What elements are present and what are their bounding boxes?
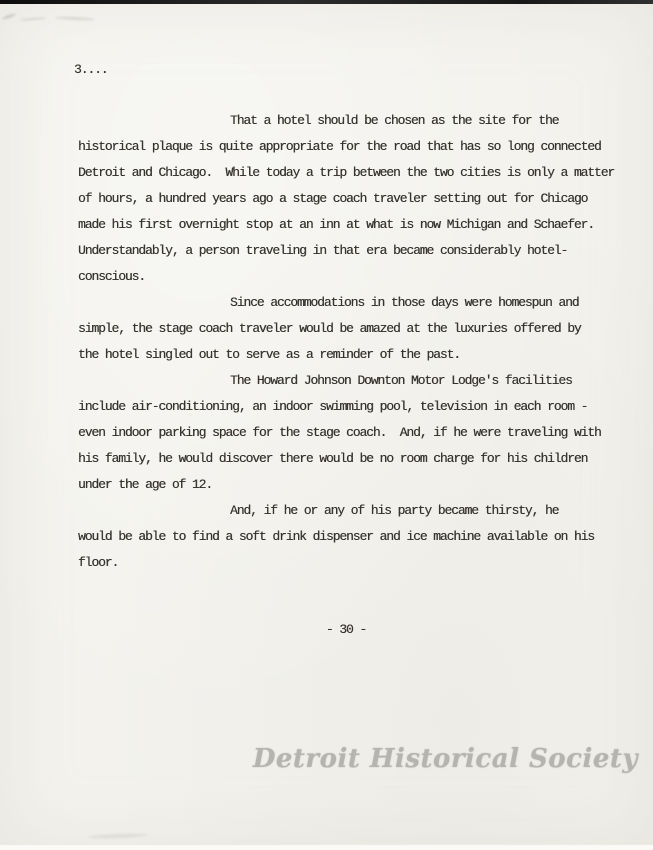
text-line: the hotel singled out to serve as a remi… (78, 344, 626, 370)
text-line: made his first overnight stop at an inn … (78, 214, 626, 240)
text-line: Understandably, a person traveling in th… (78, 240, 626, 266)
text-line: under the age of 12. (78, 474, 626, 500)
scan-top-edge-bar (0, 0, 653, 4)
pencil-smudge (20, 17, 46, 21)
detroit-historical-society-watermark: Detroit Historical Society (253, 744, 638, 774)
text-line: Since accommodations in those days were … (78, 292, 626, 318)
typewritten-body: That a hotel should be chosen as the sit… (78, 110, 626, 578)
text-line: simple, the stage coach traveler would b… (78, 318, 626, 344)
end-of-release-mark: - 30 - (78, 622, 614, 637)
pencil-smudge (88, 833, 148, 839)
page-number-marker: 3.... (74, 62, 108, 77)
text-line: include air-conditioning, an indoor swim… (78, 396, 626, 422)
scanned-document-page: 3.... That a hotel should be chosen as t… (0, 0, 653, 850)
text-line: That a hotel should be chosen as the sit… (78, 110, 626, 136)
text-line: Detroit and Chicago. While today a trip … (78, 162, 626, 188)
text-line: of hours, a hundred years ago a stage co… (78, 188, 626, 214)
text-line: historical plaque is quite appropriate f… (78, 136, 626, 162)
pencil-smudge (55, 16, 95, 21)
text-line: even indoor parking space for the stage … (78, 422, 626, 448)
text-line: The Howard Johnson Downton Motor Lodge's… (78, 370, 626, 396)
pencil-smudge (2, 13, 16, 20)
text-line: his family, he would discover there woul… (78, 448, 626, 474)
text-line: floor. (78, 552, 626, 578)
text-line: would be able to find a soft drink dispe… (78, 526, 626, 552)
text-line: And, if he or any of his party became th… (78, 500, 626, 526)
scan-bottom-edge (0, 844, 653, 850)
text-line: conscious. (78, 266, 626, 292)
